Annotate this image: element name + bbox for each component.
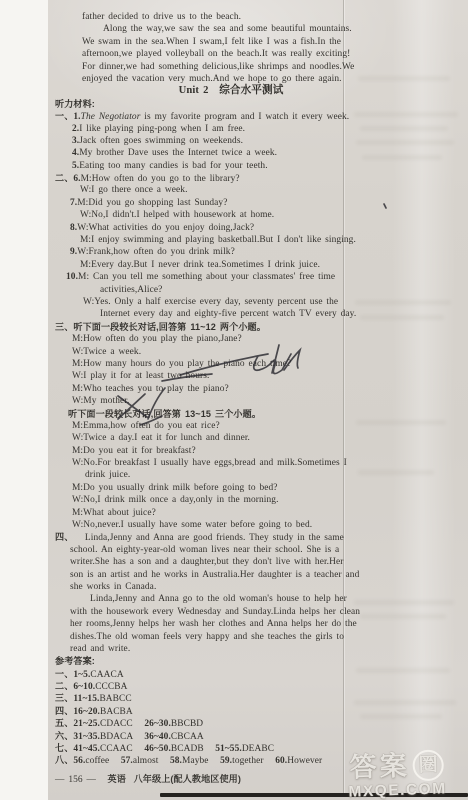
answer-key-header: 参考答案: bbox=[55, 655, 407, 667]
text-line: W:No,never.I usually have some water bef… bbox=[55, 519, 407, 531]
text-line: father decided to drive us to the beach. bbox=[55, 11, 407, 23]
text-line: she works in Canada. bbox=[55, 581, 407, 593]
text-line: 9.W:Frank,how often do you drink milk? bbox=[55, 246, 407, 258]
answer-line: 五、21~25.CDACC 26~30.BBCBD bbox=[55, 717, 407, 729]
text-line: M:I enjoy swimming and playing basketbal… bbox=[55, 234, 407, 246]
text-line: W:I play it for at least two hours. bbox=[55, 370, 407, 382]
text-line: W:No,I didn't.I helped with housework at… bbox=[55, 209, 407, 221]
transcript: father decided to drive us to the beach.… bbox=[55, 11, 407, 785]
text-line: M:Who teaches you to play the piano? bbox=[55, 383, 407, 395]
text-line: 7.M:Did you go shopping last Sunday? bbox=[55, 197, 407, 209]
text-line: M:What about juice? bbox=[55, 507, 407, 519]
text-line: W:No,I drink milk once a day,only in the… bbox=[55, 494, 407, 506]
text-line: 二、6.M:How often do you go to the library… bbox=[55, 172, 407, 184]
text-line: For dinner,we had something delicious,li… bbox=[55, 61, 407, 73]
scanned-page: father decided to drive us to the beach.… bbox=[48, 0, 468, 800]
text-line: M:Emma,how often do you eat rice? bbox=[55, 420, 407, 432]
text-line: Internet every day and eighty-five perce… bbox=[55, 308, 407, 320]
text-line: Linda,Jenny and Anna go to the old woman… bbox=[55, 593, 407, 605]
page-footer: — 156 — 英语 八年级上(配人教地区使用) bbox=[55, 773, 407, 785]
text-line: 5.Eating too many candies is bad for you… bbox=[55, 160, 407, 172]
text-line: 8.W:What activities do you enjoy doing,J… bbox=[55, 222, 407, 234]
text-line: W:No.For breakfast I usually have eggs,b… bbox=[55, 457, 407, 469]
text-line: M:Every day.But I never drink tea.Someti… bbox=[55, 259, 407, 271]
text-line: 听下面一段较长对话,回答第 13~15 三个小题。 bbox=[55, 408, 407, 420]
text-line: W:I go there once a week. bbox=[55, 184, 407, 196]
text-line: W:Twice a week. bbox=[55, 346, 407, 358]
text-line: W:Yes. Only a half exercise every day, s… bbox=[55, 296, 407, 308]
text-line: afternoon,we played volleyball on the be… bbox=[55, 48, 407, 60]
text-line: 2.I like playing ping-pong when I am fre… bbox=[55, 123, 407, 135]
section-3-header: 三、听下面一段较长对话,回答第 11~12 两个小题。 bbox=[55, 321, 407, 333]
text-line: We swam in the sea.When I swam,I felt li… bbox=[55, 36, 407, 48]
answer-line: 八、56.coffee 57.almost 58.Maybe 59.togeth… bbox=[55, 754, 407, 766]
text-line: son is an artist and he works in Austral… bbox=[55, 569, 407, 581]
text-line: dishes.The old woman feels very happy an… bbox=[55, 631, 407, 643]
answer-line: 七、41~45.CCAAC 46~50.BCADB 51~55.DEABC bbox=[55, 742, 407, 754]
text-line: M:Do you usually drink milk before going… bbox=[55, 482, 407, 494]
text-line: writer.She has a son and a daughter,but … bbox=[55, 556, 407, 568]
text-line: Along the way,we saw the sea and some be… bbox=[55, 23, 407, 35]
text-line: read and write. bbox=[55, 643, 407, 655]
text-line: W:My mother. bbox=[55, 395, 407, 407]
answer-line: 一、1~5.CAACA bbox=[55, 668, 407, 680]
text-line: M:How many hours do you play the piano e… bbox=[55, 358, 407, 370]
text-line: 一、1.The Negotiator is my favorite progra… bbox=[55, 110, 407, 122]
text-line: M:How often do you play the piano,Jane? bbox=[55, 333, 407, 345]
text-line: 10.M: Can you tell me something about yo… bbox=[55, 271, 407, 283]
text-line: with the housework every Wednesday and S… bbox=[55, 606, 407, 618]
text-line: W:Twice a day.I eat it for lunch and din… bbox=[55, 432, 407, 444]
answer-line: 二、6~10.CCCBA bbox=[55, 680, 407, 692]
text-line: 4.My brother Dave uses the Internet twic… bbox=[55, 147, 407, 159]
answer-line: 四、16~20.BACBA bbox=[55, 705, 407, 717]
answer-line: 六、31~35.BDACA 36~40.CBCAA bbox=[55, 730, 407, 742]
text-line: 3.Jack often goes swimming on weekends. bbox=[55, 135, 407, 147]
text-line: activities,Alice? bbox=[55, 284, 407, 296]
listening-materials-header: 听力材料: bbox=[55, 98, 407, 110]
text-line: drink juice. bbox=[55, 469, 407, 481]
unit-title: Unit 2 综合水平测试 bbox=[55, 85, 407, 97]
text-line: M:Do you eat it for breakfast? bbox=[55, 445, 407, 457]
text-line: 四、 Linda,Jenny and Anna are good friends… bbox=[55, 531, 407, 543]
answer-line: 三、11~15.BABCC bbox=[55, 692, 407, 704]
text-line: school. An eighty-year-old woman lives n… bbox=[55, 544, 407, 556]
book-edge-shadow bbox=[160, 793, 468, 797]
text-line: enjoyed the vacation very much.And we ho… bbox=[55, 73, 407, 85]
text-line: her rooms,Jenny helps her wash her cloth… bbox=[55, 618, 407, 630]
watermark-circle-icon: 圈 bbox=[412, 749, 444, 781]
